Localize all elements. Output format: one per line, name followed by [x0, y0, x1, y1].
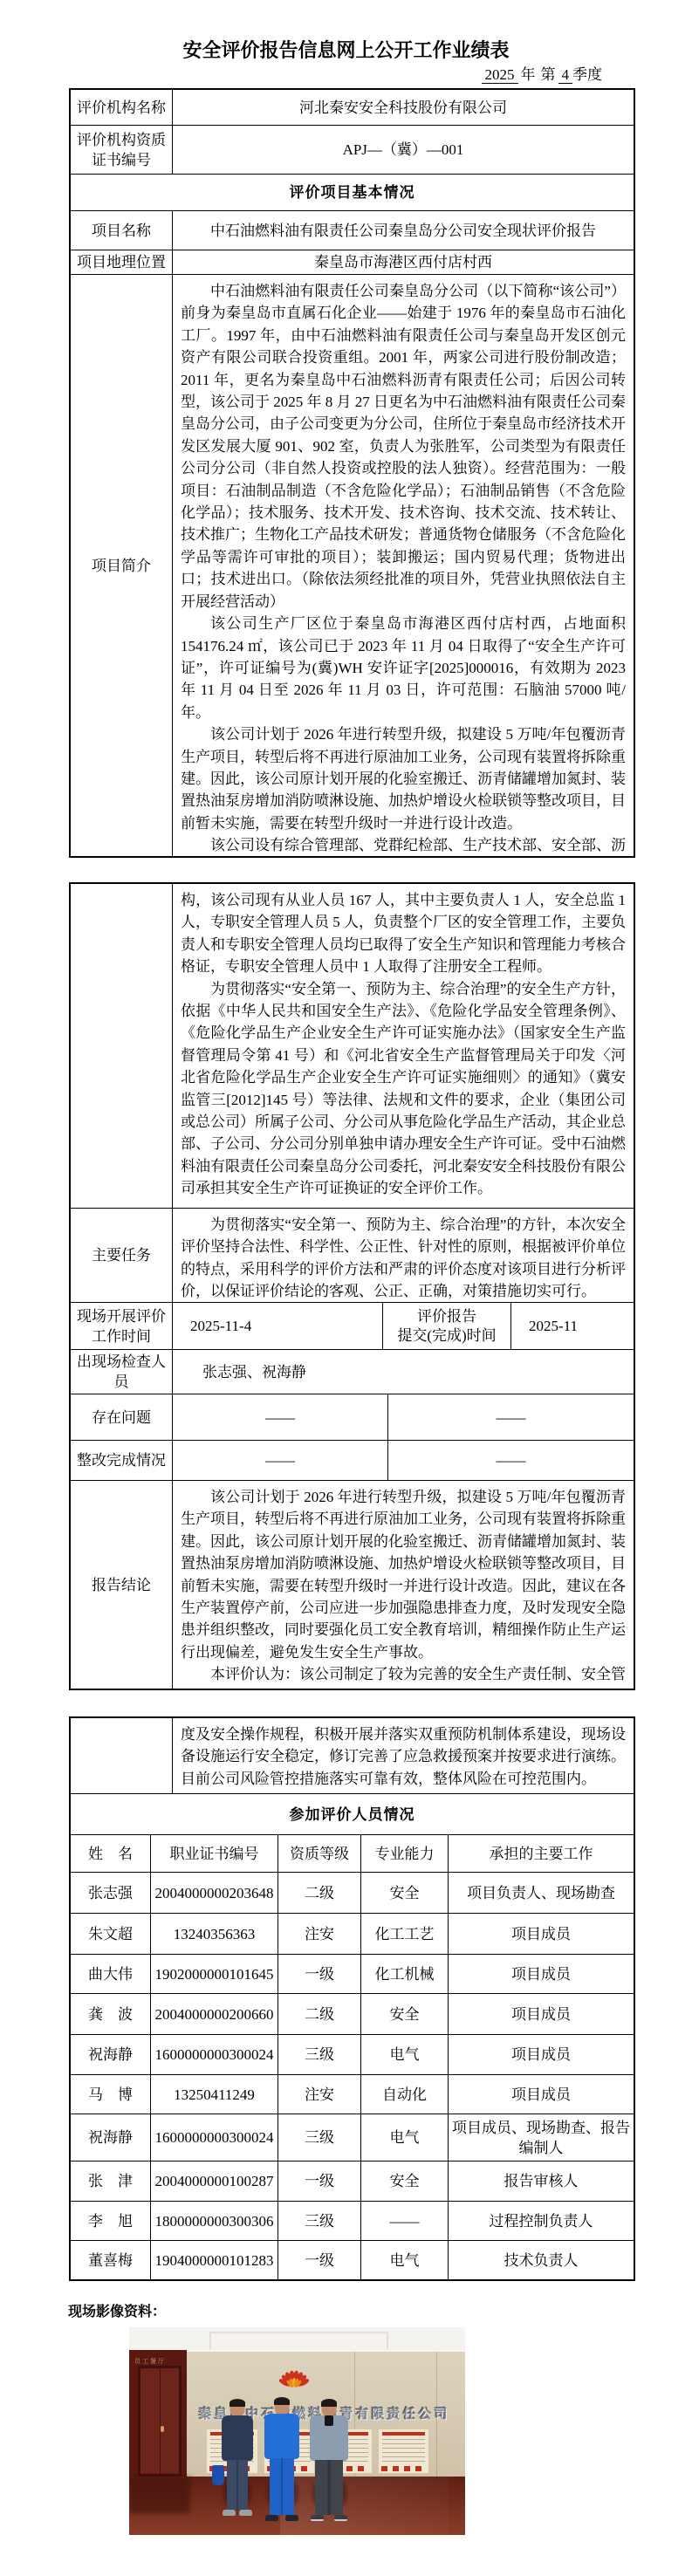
person-work: 报告审核人 [448, 2162, 634, 2201]
person-work: 项目成员 [448, 1955, 634, 1993]
person-shoe [239, 2510, 252, 2516]
period-quarter-unit: 季度 [572, 66, 602, 83]
main-tasks-row: 主要任务 为贯彻落实“安全第一、预防为主、综合治理”的方针，本次安全评价坚持合法… [71, 1208, 634, 1302]
agency-cert-value: APJ—（冀）—001 [172, 126, 634, 174]
person-hair [274, 2397, 290, 2405]
conclusion-paragraph: 该公司计划于 2026 年进行转型升级，拟建设 5 万吨/年包覆沥青生产项目，转… [181, 1486, 626, 1663]
problems-row: 存在问题 —— —— [71, 1394, 634, 1440]
person-work: 项目成员 [448, 2035, 634, 2074]
person-name: 朱文超 [71, 1914, 150, 1954]
report-page: 安全评价报告信息网上公开工作业绩表 2025年第4季度 评价机构名称 河北秦安安… [0, 0, 692, 2576]
person-cert: 2004000000200660 [150, 1994, 277, 2034]
photo-ceiling-cove [209, 2332, 388, 2349]
person-legs [315, 2460, 343, 2515]
table-block-1: 评价机构名称 河北秦安安全科技股份有限公司 评价机构资质证书编号 APJ—（冀）… [69, 88, 635, 858]
conclusion-label: 报告结论 [71, 1481, 172, 1689]
rectification-value-right: —— [387, 1441, 634, 1480]
person-figure-right [308, 2399, 350, 2521]
person-cert: 13250411249 [150, 2075, 277, 2114]
photo-door-knob [161, 2426, 164, 2432]
table-row: 朱文超 13240356363 注安 化工工艺 项目成员 [71, 1913, 634, 1954]
period-quarter-prefix: 第 [538, 66, 558, 83]
person-skill: 安全 [360, 2162, 448, 2201]
person-shoe [223, 2510, 236, 2516]
project-intro-row: 项目简介 中石油燃料油有限责任公司秦皇岛分公司（以下简称“该公司”）前身为秦皇岛… [71, 274, 634, 856]
person-name: 祝海静 [71, 2114, 150, 2161]
person-name: 曲大伟 [71, 1955, 150, 1993]
person-level: 一级 [277, 1955, 360, 1993]
period-year: 2025 [482, 66, 518, 84]
intro-paragraph-continuation: 构，该公司现有从业人员 167 人，其中主要负责人 1 人，安全总监 1 人，专… [181, 889, 626, 978]
personnel-header-row: 姓 名 职业证书编号 资质等级 专业能力 承担的主要工作 [71, 1834, 634, 1872]
table-row: 马 博 13250411249 注安 自动化 项目成员 [71, 2074, 634, 2114]
period-quarter: 4 [558, 66, 573, 84]
problems-value-right: —— [387, 1394, 634, 1440]
person-inner-shirt [325, 2415, 333, 2426]
intro-paragraph: 为贯彻落实“安全第一、预防为主、综合治理”的安全生产方针，依据《中华人民共和国安… [181, 978, 626, 1200]
person-level: 三级 [277, 2035, 360, 2074]
person-jacket [264, 2414, 299, 2459]
table-row: 张 津 2004000000100287 一级 安全 报告审核人 [71, 2161, 634, 2201]
conclusion-paragraph-continuation: 度及安全操作规程，积极开展并落实双重预防机制体系建设，现场设备设施运行安全稳定，… [181, 1723, 626, 1790]
personnel-header-name: 姓 名 [71, 1835, 150, 1872]
person-skill: —— [360, 2202, 448, 2240]
blue-bag [212, 2465, 224, 2485]
intro-paragraph: 该公司计划于 2026 年进行转型升级，拟建设 5 万吨/年包覆沥青生产项目，转… [181, 723, 626, 834]
submit-time-label: 评价报告 提交(完成)时间 [382, 1303, 510, 1349]
agency-name-label: 评价机构名称 [71, 90, 172, 125]
inspectors-label: 出现场检查人员 [71, 1350, 172, 1394]
person-work: 项目负责人、现场勘查 [448, 1873, 634, 1913]
inspectors-row: 出现场检查人员 张志强、祝海静 [71, 1349, 634, 1394]
intro-paragraph: 该公司生产厂区位于秦皇岛市海港区西付店村西，占地面积 154176.24 ㎡，该… [181, 613, 626, 723]
person-skill: 安全 [360, 1873, 448, 1913]
conclusion-text-part1: 该公司计划于 2026 年进行转型升级，拟建设 5 万吨/年包覆沥青生产项目，转… [172, 1481, 634, 1689]
photo-poster [378, 2429, 430, 2474]
intro-paragraph: 该公司设有综合管理部、党群纪检部、生产技术部、安全部、沥青车间、储运车间、维修车… [181, 834, 626, 856]
person-level: 二级 [277, 1994, 360, 2034]
person-shoe [285, 2515, 298, 2521]
photo-floor-sheen [280, 2477, 449, 2535]
onsite-time-label: 现场开展评价工作时间 [71, 1303, 172, 1349]
personnel-header-skill: 专业能力 [360, 1835, 448, 1872]
person-skill: 化工机械 [360, 1955, 448, 1993]
agency-cert-label: 评价机构资质证书编号 [71, 126, 172, 174]
person-level: 一级 [277, 2162, 360, 2201]
person-cert: 2004000000203648 [150, 1873, 277, 1913]
person-name: 李 旭 [71, 2202, 150, 2240]
person-cert: 1600000000300024 [150, 2035, 277, 2074]
person-work: 项目成员 [448, 1994, 634, 2034]
person-work: 项目成员 [448, 2075, 634, 2114]
problems-label: 存在问题 [71, 1394, 172, 1440]
person-figure-left [220, 2399, 255, 2516]
person-hair [230, 2399, 245, 2407]
report-period: 2025年第4季度 [0, 65, 602, 85]
person-cert: 1800000000300306 [150, 2202, 277, 2240]
agency-name-value: 河北秦安安全科技股份有限公司 [172, 90, 634, 125]
site-photo: 员工餐厅 [129, 2327, 465, 2535]
person-skill: 电气 [360, 2114, 448, 2161]
person-shoe [334, 2515, 347, 2521]
person-shoe [311, 2515, 324, 2521]
person-name: 马 博 [71, 2075, 150, 2114]
project-intro-text-part2: 构，该公司现有从业人员 167 人，其中主要负责人 1 人，安全总监 1 人，专… [172, 884, 634, 1208]
conclusion-text-part2: 度及安全操作规程，积极开展并落实双重预防机制体系建设，现场设备设施运行安全稳定，… [172, 1718, 634, 1793]
person-name: 张 津 [71, 2162, 150, 2201]
submit-time-value: 2025-11 [510, 1303, 634, 1349]
table-row: 张志强 2004000000203648 二级 安全 项目负责人、现场勘查 [71, 1872, 634, 1913]
person-skill: 电气 [360, 2035, 448, 2074]
personnel-header-cert: 职业证书编号 [150, 1835, 277, 1872]
project-name-row: 项目名称 中石油燃料油有限责任公司秦皇岛分公司安全现状评价报告 [71, 210, 634, 250]
schedule-row: 现场开展评价工作时间 2025-11-4 评价报告 提交(完成)时间 2025-… [71, 1302, 634, 1349]
submit-time-label-line1: 评价报告 [417, 1307, 476, 1326]
photo-door-reflection [129, 2477, 190, 2513]
person-name: 祝海静 [71, 2035, 150, 2074]
person-figure-middle [263, 2397, 301, 2521]
main-tasks-label: 主要任务 [71, 1209, 172, 1302]
person-name: 董喜梅 [71, 2241, 150, 2279]
personnel-header-level: 资质等级 [277, 1835, 360, 1872]
personnel-header-work: 承担的主要工作 [448, 1835, 634, 1872]
person-level: 注安 [277, 2075, 360, 2114]
project-intro-text-part1: 中石油燃料油有限责任公司秦皇岛分公司（以下简称“该公司”）前身为秦皇岛市直属石化… [172, 275, 634, 856]
person-skill: 自动化 [360, 2075, 448, 2114]
conclusion-empty-label [71, 1718, 172, 1793]
project-location-value: 秦皇岛市海港区西付店村西 [172, 250, 634, 274]
table-row: 龚 波 2004000000200660 二级 安全 项目成员 [71, 1993, 634, 2034]
table-row: 李 旭 1800000000300306 三级 —— 过程控制负责人 [71, 2201, 634, 2240]
project-name-label: 项目名称 [71, 211, 172, 250]
petrochina-logo-icon [279, 2369, 309, 2400]
intro-paragraph: 中石油燃料油有限责任公司秦皇岛分公司（以下简称“该公司”）前身为秦皇岛市直属石化… [181, 280, 626, 613]
project-intro-empty-label [71, 884, 172, 1208]
period-year-unit: 年 [518, 66, 538, 83]
conclusion-row: 报告结论 该公司计划于 2026 年进行转型升级，拟建设 5 万吨/年包覆沥青生… [71, 1480, 634, 1689]
person-legs [270, 2458, 294, 2515]
table-row: 祝海静 1600000000300024 三级 电气 项目成员、现场勘查、报告编… [71, 2114, 634, 2161]
rectification-label: 整改完成情况 [71, 1441, 172, 1480]
person-cert: 2004000000100287 [150, 2162, 277, 2201]
person-work: 技术负责人 [448, 2241, 634, 2279]
person-level: 三级 [277, 2202, 360, 2240]
person-hair [321, 2399, 337, 2407]
table-block-2: 构，该公司现有从业人员 167 人，其中主要负责人 1 人，安全总监 1 人，专… [69, 882, 635, 1690]
photo-door [138, 2366, 182, 2477]
project-name-value: 中石油燃料油有限责任公司秦皇岛分公司安全现状评价报告 [172, 211, 634, 250]
basic-section-title: 评价项目基本情况 [71, 175, 634, 210]
person-name: 张志强 [71, 1873, 150, 1913]
table-row: 曲大伟 1902000000101645 一级 化工机械 项目成员 [71, 1954, 634, 1993]
rectification-row: 整改完成情况 —— —— [71, 1440, 634, 1480]
table-row: 董喜梅 1904000000101283 一级 电气 技术负责人 [71, 2240, 634, 2279]
project-location-label: 项目地理位置 [71, 250, 172, 274]
personnel-section-title: 参加评价人员情况 [71, 1794, 634, 1834]
onsite-time-value: 2025-11-4 [172, 1303, 382, 1349]
project-intro-label: 项目简介 [71, 275, 172, 856]
main-tasks-text: 为贯彻落实“安全第一、预防为主、综合治理”的方针，本次安全评价坚持合法性、科学性… [181, 1214, 626, 1302]
person-work: 过程控制负责人 [448, 2202, 634, 2240]
project-intro-continued-row: 构，该公司现有从业人员 167 人，其中主要负责人 1 人，安全总监 1 人，专… [71, 884, 634, 1208]
rectification-value-left: —— [172, 1441, 387, 1480]
person-cert: 1902000000101645 [150, 1955, 277, 1993]
main-tasks-text-wrap: 为贯彻落实“安全第一、预防为主、综合治理”的方针，本次安全评价坚持合法性、科学性… [172, 1209, 634, 1302]
person-level: 注安 [277, 1914, 360, 1954]
person-cert: 1904000000101283 [150, 2241, 277, 2279]
personnel-section-row: 参加评价人员情况 [71, 1793, 634, 1834]
person-skill: 安全 [360, 1994, 448, 2034]
person-level: 三级 [277, 2114, 360, 2161]
table-block-3: 度及安全操作规程，积极开展并落实双重预防机制体系建设，现场设备设施运行安全稳定，… [69, 1716, 635, 2281]
submit-time-label-line2: 提交(完成)时间 [397, 1326, 496, 1346]
table-row: 祝海静 1600000000300024 三级 电气 项目成员 [71, 2034, 634, 2074]
person-level: 一级 [277, 2241, 360, 2279]
person-shoe [265, 2515, 278, 2521]
conclusion-paragraph: 本评价认为：该公司制定了较为完善的安全生产责任制、安全管理制 [181, 1663, 626, 1689]
person-work: 项目成员 [448, 1914, 634, 1954]
person-jacket [222, 2415, 253, 2461]
person-legs [227, 2460, 248, 2510]
photo-door-split [160, 2368, 161, 2474]
inspectors-value: 张志强、祝海静 [172, 1350, 634, 1394]
person-cert: 1600000000300024 [150, 2114, 277, 2161]
page-title: 安全评价报告信息网上公开工作业绩表 [0, 38, 692, 63]
conclusion-continued-row: 度及安全操作规程，积极开展并落实双重预防机制体系建设，现场设备设施运行安全稳定，… [71, 1718, 634, 1793]
person-name: 龚 波 [71, 1994, 150, 2034]
problems-value-left: —— [172, 1394, 387, 1440]
media-section-label: 现场影像资料： [68, 2300, 692, 2320]
project-location-row: 项目地理位置 秦皇岛市海港区西付店村西 [71, 250, 634, 274]
basic-section-row: 评价项目基本情况 [71, 174, 634, 210]
person-level: 二级 [277, 1873, 360, 1913]
agency-cert-row: 评价机构资质证书编号 APJ—（冀）—001 [71, 125, 634, 174]
person-cert: 13240356363 [150, 1914, 277, 1954]
agency-name-row: 评价机构名称 河北秦安安全科技股份有限公司 [71, 90, 634, 125]
person-skill: 化工工艺 [360, 1914, 448, 1954]
person-skill: 电气 [360, 2241, 448, 2279]
photo-door-plaque: 员工餐厅 [134, 2357, 166, 2366]
person-work: 项目成员、现场勘查、报告编制人 [448, 2114, 634, 2161]
